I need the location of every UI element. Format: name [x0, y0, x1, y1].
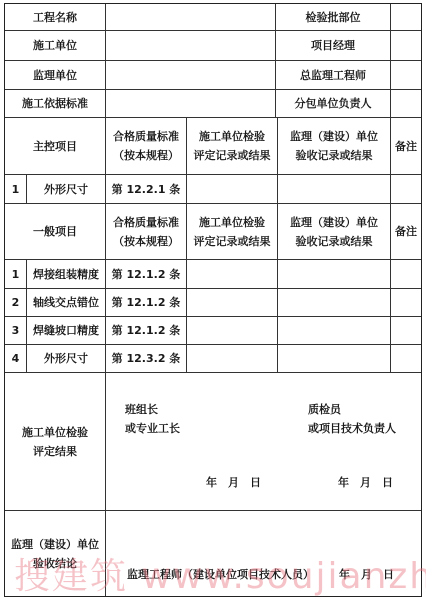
- header-line: （按本规程）: [113, 232, 179, 251]
- sign-line: 质检员: [308, 400, 396, 419]
- project-name-field[interactable]: [106, 4, 276, 31]
- general-item-supervision-field[interactable]: [278, 289, 391, 317]
- supervision-unit-field[interactable]: [106, 61, 276, 90]
- general-item-supervision-field[interactable]: [278, 345, 391, 373]
- item-no-text: 2: [12, 293, 20, 312]
- general-item-standard: 第 12.3.2 条: [106, 345, 187, 373]
- label-line: 验收结论: [11, 554, 99, 573]
- main-item-no: 1: [5, 175, 27, 204]
- general-item-construction-field[interactable]: [187, 289, 278, 317]
- general-item-construction-field[interactable]: [187, 260, 278, 289]
- header-line: 验收记录或结果: [290, 232, 378, 251]
- construction-unit-field[interactable]: [106, 31, 276, 61]
- construction-standard-field[interactable]: [106, 90, 276, 118]
- construction-standard-label: 施工依据标准: [5, 90, 106, 118]
- supervision-date[interactable]: 年 月 日: [339, 565, 394, 584]
- general-item-supervision-field[interactable]: [278, 260, 391, 289]
- subcontractor-lead-field[interactable]: [391, 90, 421, 118]
- general-remarks-header: 备注: [391, 204, 421, 260]
- item-no-text: 1: [12, 180, 20, 199]
- item-name-text: 外形尺寸: [44, 180, 88, 199]
- item-name-text: 焊接组装精度: [33, 265, 99, 284]
- chief-supervisor-label: 总监理工程师: [276, 61, 391, 90]
- foreman-signature: 班组长或专业工长: [125, 400, 180, 438]
- general-item-name: 焊缝坡口精度: [27, 317, 106, 345]
- item-no-text: 4: [12, 349, 20, 368]
- subcontractor-lead-label: 分包单位负责人: [276, 90, 391, 118]
- header-line: 施工单位检验: [194, 127, 271, 146]
- header-line: 合格质量标准: [113, 213, 179, 232]
- construction-date-2[interactable]: 年 月 日: [338, 473, 393, 492]
- header-line: 验收记录或结果: [290, 146, 378, 165]
- label-text: 工程名称: [33, 8, 77, 27]
- general-title: 一般项目: [5, 204, 106, 260]
- item-standard-text: 第 12.3.2 条: [112, 349, 181, 368]
- main-item-name: 外形尺寸: [27, 175, 106, 204]
- header-line: 监理（建设）单位: [290, 127, 378, 146]
- general-item-standard: 第 12.1.2 条: [106, 260, 187, 289]
- header-line: 施工单位检验: [194, 213, 271, 232]
- label-line: 监理（建设）单位: [11, 535, 99, 554]
- general-item-construction-field[interactable]: [187, 317, 278, 345]
- general-item-remarks-field[interactable]: [391, 317, 421, 345]
- inspector-signature: 质检员或项目技术负责人: [308, 400, 396, 438]
- label-text: 施工单位: [33, 36, 77, 55]
- supervising-engineer-signature: 监理工程师（建设单位项目技术人员）: [127, 565, 314, 584]
- general-item-name: 焊接组装精度: [27, 260, 106, 289]
- general-item-supervision-field[interactable]: [278, 317, 391, 345]
- item-name-text: 焊缝坡口精度: [33, 321, 99, 340]
- item-standard-text: 第 12.2.1 条: [112, 180, 181, 199]
- item-standard-text: 第 12.1.2 条: [112, 293, 181, 312]
- header-text: 备注: [395, 137, 417, 156]
- general-item-name: 轴线交点错位: [27, 289, 106, 317]
- inspection-form: 工程名称 检验批部位 施工单位 项目经理 监理单位 总监理工程师 施工依据标准 …: [4, 3, 422, 597]
- main-item-supervision-field[interactable]: [278, 175, 391, 204]
- general-standard-header: 合格质量标准（按本规程）: [106, 204, 187, 260]
- header-text: 备注: [395, 222, 417, 241]
- project-name-label: 工程名称: [5, 4, 106, 31]
- general-item-name: 外形尺寸: [27, 345, 106, 373]
- general-item-standard: 第 12.1.2 条: [106, 317, 187, 345]
- item-name-text: 外形尺寸: [44, 349, 88, 368]
- construction-unit-label: 施工单位: [5, 31, 106, 61]
- main-construction-header: 施工单位检验评定记录或结果: [187, 118, 278, 175]
- title-text: 一般项目: [33, 222, 77, 241]
- main-item-construction-field[interactable]: [187, 175, 278, 204]
- item-standard-text: 第 12.1.2 条: [112, 321, 181, 340]
- label-text: 检验批部位: [306, 8, 361, 27]
- project-manager-label: 项目经理: [276, 31, 391, 61]
- main-supervision-header: 监理（建设）单位验收记录或结果: [278, 118, 391, 175]
- inspection-location-field[interactable]: [391, 4, 421, 31]
- label-text: 总监理工程师: [300, 66, 366, 85]
- supervision-result-label: 监理（建设）单位验收结论: [5, 511, 106, 596]
- general-item-remarks-field[interactable]: [391, 260, 421, 289]
- general-supervision-header: 监理（建设）单位验收记录或结果: [278, 204, 391, 260]
- label-text: 施工依据标准: [22, 94, 88, 113]
- title-text: 主控项目: [33, 137, 77, 156]
- label-line: 施工单位检验: [22, 423, 88, 442]
- header-line: 监理（建设）单位: [290, 213, 378, 232]
- label-text: 分包单位负责人: [295, 94, 372, 113]
- general-item-no: 3: [5, 317, 27, 345]
- main-item-standard: 第 12.2.1 条: [106, 175, 187, 204]
- label-text: 项目经理: [311, 36, 355, 55]
- header-line: 评定记录或结果: [194, 146, 271, 165]
- main-remarks-header: 备注: [391, 118, 421, 175]
- main-control-title: 主控项目: [5, 118, 106, 175]
- general-item-no: 1: [5, 260, 27, 289]
- label-text: 监理单位: [33, 66, 77, 85]
- sign-line: 班组长: [125, 400, 180, 419]
- construction-result-label: 施工单位检验评定结果: [5, 373, 106, 511]
- general-item-no: 2: [5, 289, 27, 317]
- general-construction-header: 施工单位检验评定记录或结果: [187, 204, 278, 260]
- item-name-text: 轴线交点错位: [33, 293, 99, 312]
- supervision-unit-label: 监理单位: [5, 61, 106, 90]
- label-line: 评定结果: [22, 442, 88, 461]
- header-line: 合格质量标准: [113, 127, 179, 146]
- main-standard-header: 合格质量标准（按本规程）: [106, 118, 187, 175]
- general-item-remarks-field[interactable]: [391, 345, 421, 373]
- header-line: （按本规程）: [113, 146, 179, 165]
- header-line: 评定记录或结果: [194, 232, 271, 251]
- general-item-standard: 第 12.1.2 条: [106, 289, 187, 317]
- construction-date-1[interactable]: 年 月 日: [206, 473, 261, 492]
- sign-line: 或项目技术负责人: [308, 419, 396, 438]
- chief-supervisor-field[interactable]: [391, 61, 421, 90]
- project-manager-field[interactable]: [391, 31, 421, 61]
- main-item-remarks-field[interactable]: [391, 175, 421, 204]
- general-item-no: 4: [5, 345, 27, 373]
- item-standard-text: 第 12.1.2 条: [112, 265, 181, 284]
- general-item-remarks-field[interactable]: [391, 289, 421, 317]
- item-no-text: 3: [12, 321, 20, 340]
- general-item-construction-field[interactable]: [187, 345, 278, 373]
- item-no-text: 1: [12, 265, 20, 284]
- inspection-location-label: 检验批部位: [276, 4, 391, 31]
- sign-line: 或专业工长: [125, 419, 180, 438]
